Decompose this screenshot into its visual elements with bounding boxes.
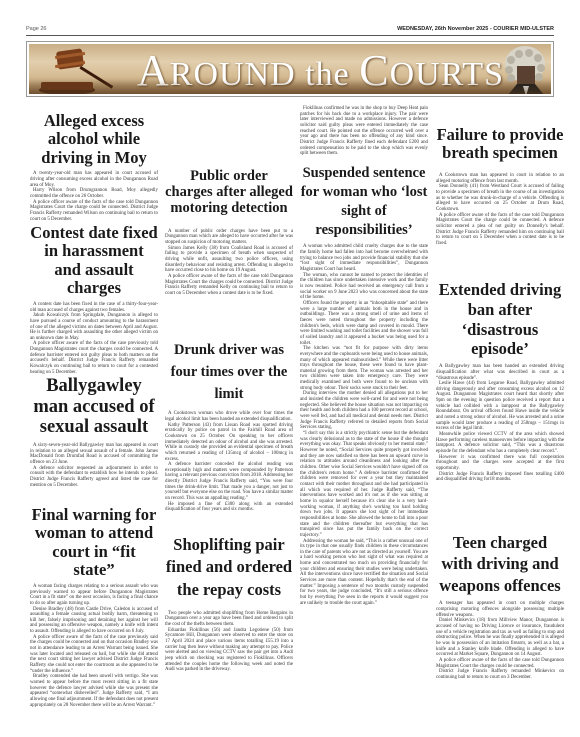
article-teen: Teen charged with driving and weapons of… <box>436 532 564 681</box>
section-banner: AROUND the COURTS <box>26 41 554 97</box>
article-moy: Alleged excess alcohol while driving in … <box>30 112 158 222</box>
article-shoplifting-continued: Fiokllinas confirmed he was in the shop … <box>300 106 428 157</box>
headline: Drunk driver was four times over the lim… <box>165 340 293 405</box>
article-public-order: Public order charges after alleged motor… <box>165 168 293 297</box>
headline: Final warning for woman to attend court … <box>30 506 158 580</box>
headline: Ballygawley man accused of sexual assaul… <box>30 376 158 438</box>
article-suspended-sentence: Suspended sentence for woman who ‘lost s… <box>300 164 428 606</box>
headline: Contest date fixed in harassment and ass… <box>30 224 158 298</box>
article-ballygawley: Ballygawley man accused of sexual assaul… <box>30 376 158 488</box>
article-shoplifting: Shoplifting pair fined and ordered the r… <box>165 534 293 673</box>
page-folio: Page 26 WEDNESDAY, 26th November 2025 - … <box>26 26 554 36</box>
headline: Suspended sentence for woman who ‘lost s… <box>300 164 428 239</box>
article-harassment: Contest date fixed in harassment and ass… <box>30 224 158 375</box>
article-breath-specimen: Failure to provide breath specimen A Coo… <box>436 126 564 246</box>
headline: Teen charged with driving and weapons of… <box>436 532 564 596</box>
article-extended-ban: Extended driving ban after ‘disastrous e… <box>436 280 564 483</box>
headline: Failure to provide breath specimen <box>436 126 564 163</box>
headline: Alleged excess alcohol while driving in … <box>30 112 158 167</box>
headline: Shoplifting pair fined and ordered the r… <box>165 534 293 601</box>
page-number: Page 26 <box>26 26 47 32</box>
headline: Public order charges after alleged motor… <box>165 168 293 217</box>
dateline: WEDNESDAY, 26th November 2025 - COURIER … <box>397 26 554 32</box>
headline: Extended driving ban after ‘disastrous e… <box>436 280 564 359</box>
article-fit-state: Final warning for woman to attend court … <box>30 506 158 708</box>
article-drunk-driver: Drunk driver was four times over the lim… <box>165 340 293 513</box>
